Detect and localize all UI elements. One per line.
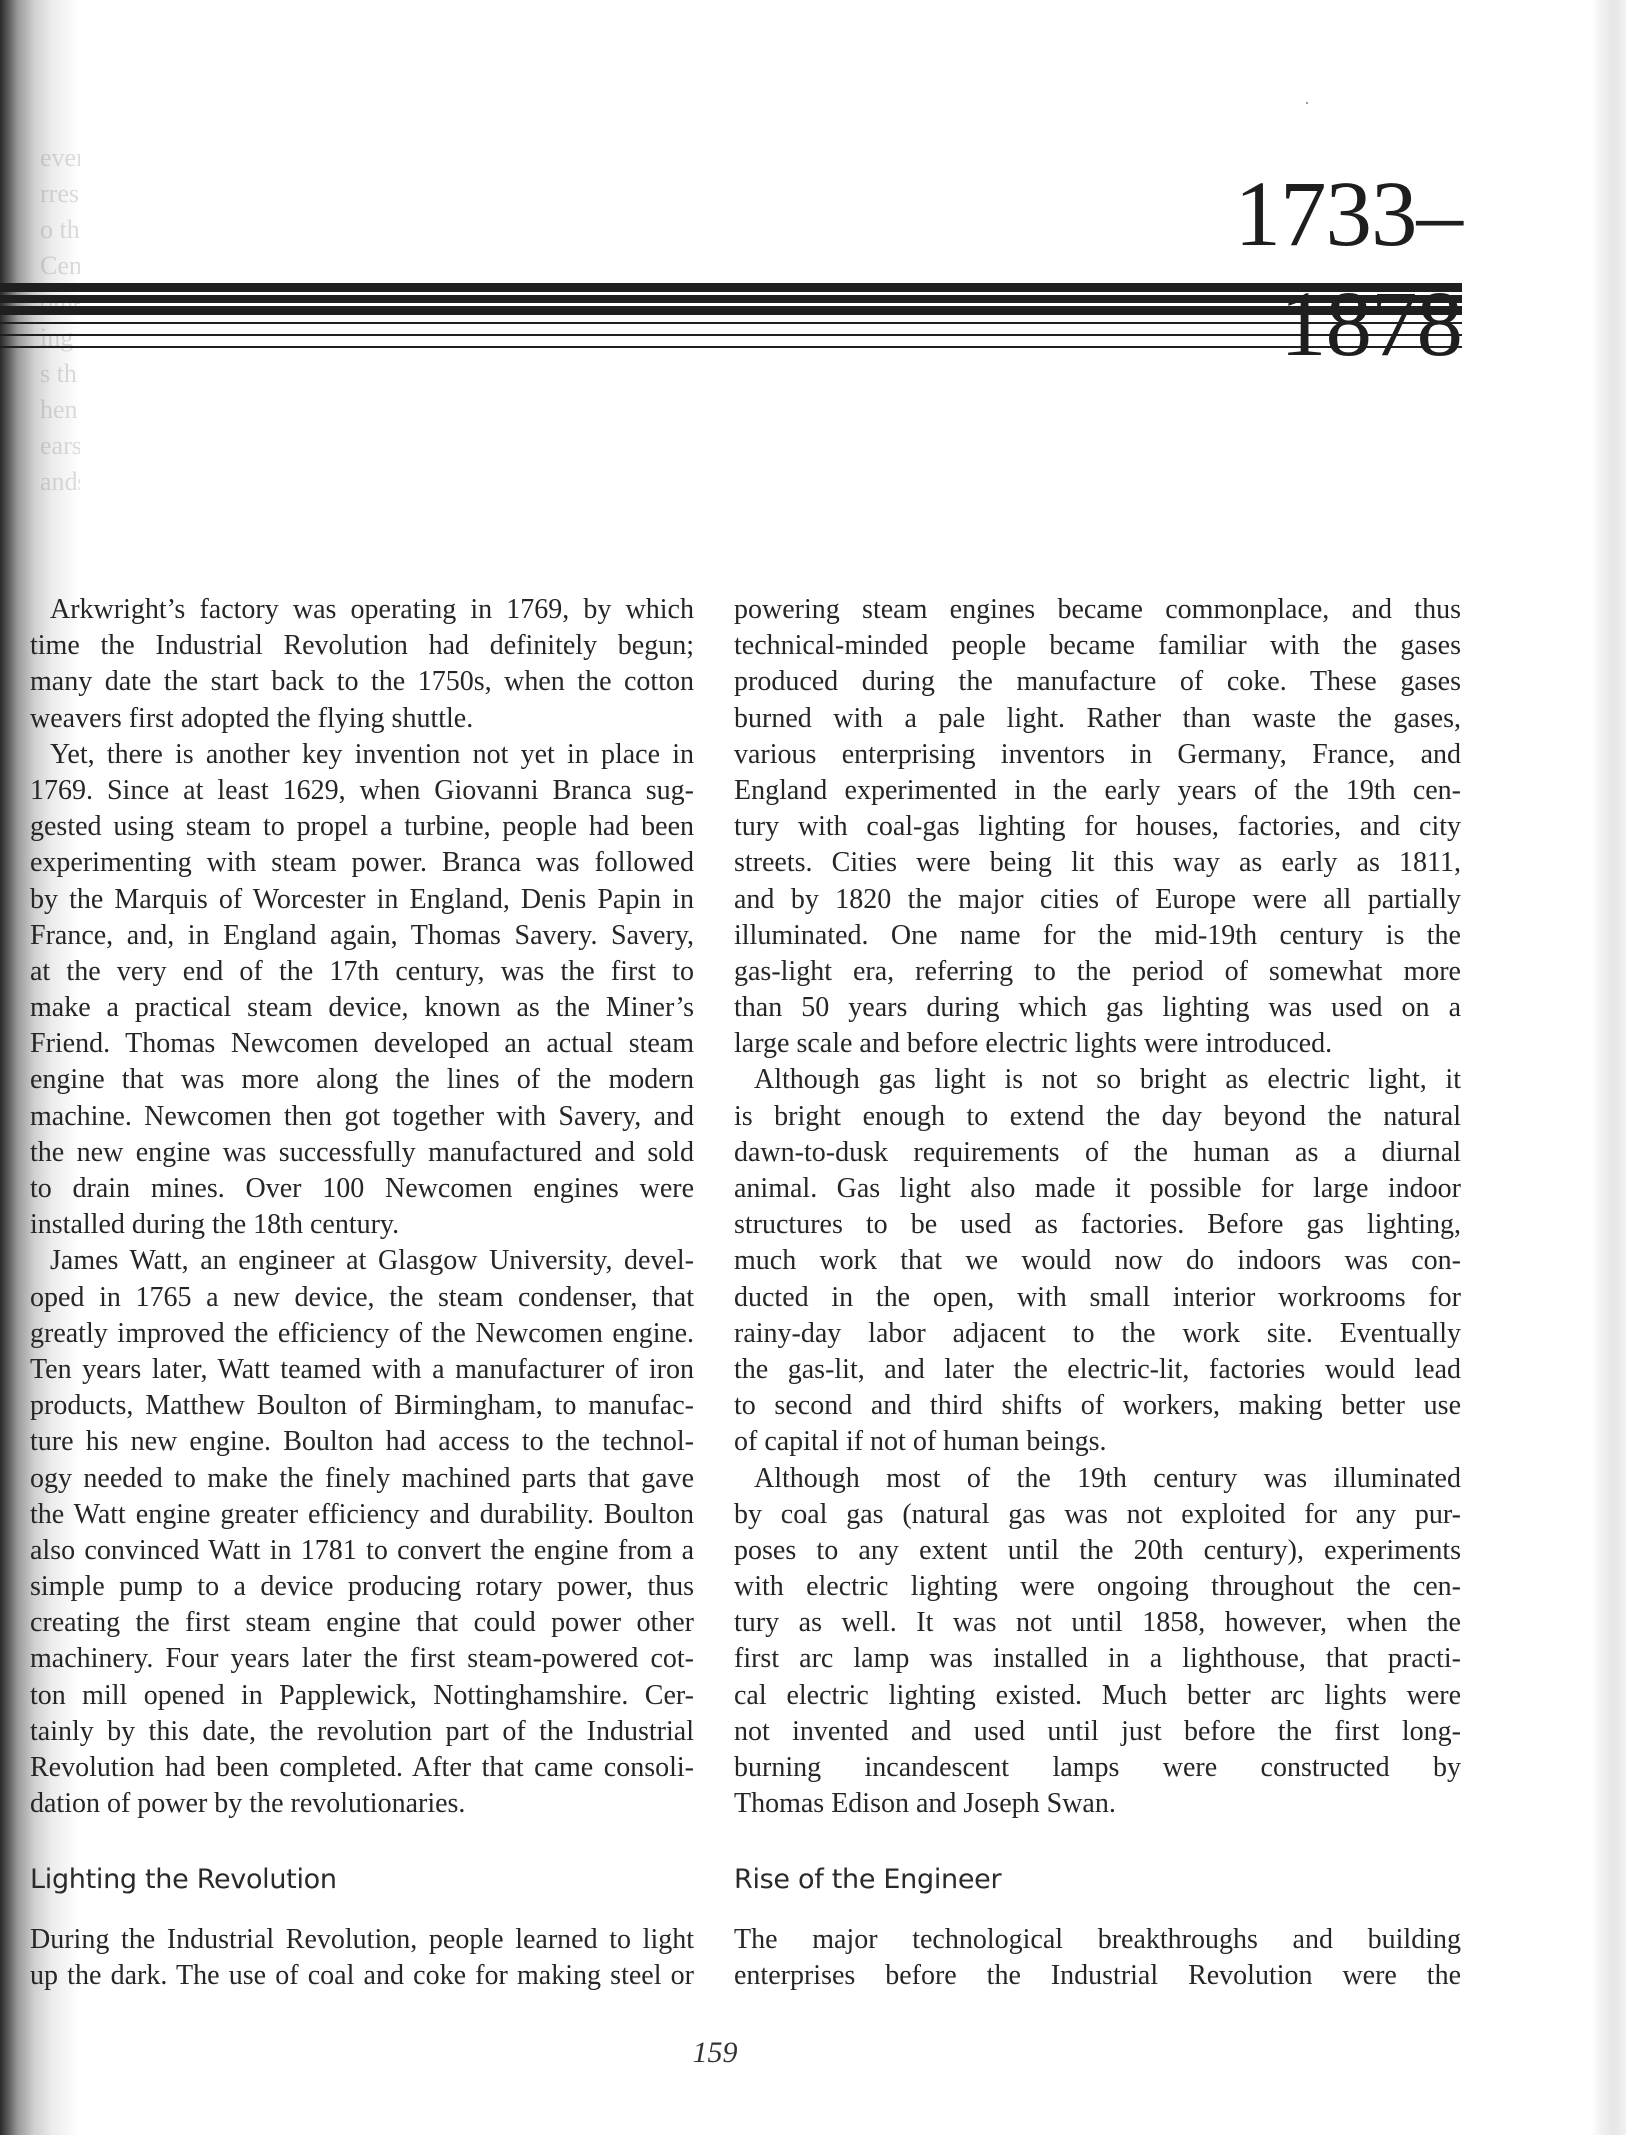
thin-rule [0, 334, 1462, 336]
text-line: ture his new engine. Boulton had access … [30, 1424, 694, 1460]
ghost-line: o th [40, 212, 80, 248]
text-line: 1769. Since at least 1629, when Giovanni… [30, 773, 694, 809]
text-line: Although most of the 19th century was il… [734, 1461, 1461, 1497]
text-line: enterprises before the Industrial Revolu… [734, 1958, 1461, 1994]
page-edge [1592, 0, 1626, 2135]
ghost-line: Cent [40, 248, 80, 284]
text-line: make a practical steam device, known as … [30, 990, 694, 1026]
ghost-line: ever [40, 140, 80, 176]
text-line: England experimented in the early years … [734, 773, 1461, 809]
text-line: creating the first steam engine that cou… [30, 1605, 694, 1641]
text-line: Yet, there is another key invention not … [30, 737, 694, 773]
text-line: burned with a pale light. Rather than wa… [734, 701, 1461, 737]
text-line: tury with coal-gas lighting for houses, … [734, 809, 1461, 845]
text-line: various enterprising inventors in German… [734, 737, 1461, 773]
ghost-line: ands [40, 464, 80, 500]
ghost-line: ing b [40, 320, 80, 356]
text-line: not invented and used until just before … [734, 1714, 1461, 1750]
text-line: powering steam engines became commonplac… [734, 592, 1461, 628]
section-heading-lighting: Lighting the Revolution [30, 1860, 337, 1900]
left-column: Arkwright’s factory was operating in 176… [30, 592, 694, 1822]
text-line: gas-light era, referring to the period o… [734, 954, 1461, 990]
text-line: by the Marquis of Worcester in England, … [30, 882, 694, 918]
text-line: produced during the manufacture of coke.… [734, 664, 1461, 700]
facing-page-bleed: ever rrese o th Cent ome ing b s th hen … [40, 140, 80, 560]
text-line: Thomas Edison and Joseph Swan. [734, 1786, 1461, 1822]
right-column-continued: The major technological breakthroughs an… [734, 1922, 1461, 1994]
text-line: by coal gas (natural gas was not exploit… [734, 1497, 1461, 1533]
thick-rule [0, 306, 1462, 315]
text-line: gested using steam to propel a turbine, … [30, 809, 694, 845]
thin-rule [0, 322, 1462, 324]
text-line: large scale and before electric lights w… [734, 1026, 1461, 1062]
text-line: dation of power by the revolutionaries. [30, 1786, 694, 1822]
text-line: machinery. Four years later the first st… [30, 1641, 694, 1677]
text-line: dawn-to-dusk requirements of the human a… [734, 1135, 1461, 1171]
text-line: also convinced Watt in 1781 to convert t… [30, 1533, 694, 1569]
text-line: up the dark. The use of coal and coke fo… [30, 1958, 694, 1994]
text-line: Although gas light is not so bright as e… [734, 1062, 1461, 1098]
text-line: time the Industrial Revolution had defin… [30, 628, 694, 664]
text-line: many date the start back to the 1750s, w… [30, 664, 694, 700]
text-line: to second and third shifts of workers, m… [734, 1388, 1461, 1424]
text-line: tury as well. It was not until 1858, how… [734, 1605, 1461, 1641]
thick-rule [0, 295, 1462, 303]
text-line: experimenting with steam power. Branca w… [30, 845, 694, 881]
section-heading-engineer: Rise of the Engineer [734, 1860, 1001, 1900]
page-number: 159 [660, 2036, 770, 2070]
text-line: much work that we would now do indoors w… [734, 1243, 1461, 1279]
text-line: rainy-day labor adjacent to the work sit… [734, 1316, 1461, 1352]
text-line: Friend. Thomas Newcomen developed an act… [30, 1026, 694, 1062]
text-line: The major technological breakthroughs an… [734, 1922, 1461, 1958]
text-line: the Watt engine greater efficiency and d… [30, 1497, 694, 1533]
text-line: first arc lamp was installed in a lighth… [734, 1641, 1461, 1677]
right-column: powering steam engines became commonplac… [734, 592, 1461, 1822]
text-line: cal electric lighting existed. Much bett… [734, 1678, 1461, 1714]
text-line: the gas-lit, and later the electric-lit,… [734, 1352, 1461, 1388]
ghost-line: s th [40, 356, 80, 392]
text-line: is bright enough to extend the day beyon… [734, 1099, 1461, 1135]
text-line: illuminated. One name for the mid-19th c… [734, 918, 1461, 954]
ghost-line: rrese [40, 176, 80, 212]
text-line: James Watt, an engineer at Glasgow Unive… [30, 1243, 694, 1279]
text-line: to drain mines. Over 100 Newcomen engine… [30, 1171, 694, 1207]
text-line: ogy needed to make the finely machined p… [30, 1461, 694, 1497]
text-line: at the very end of the 17th century, was… [30, 954, 694, 990]
text-line: with electric lighting were ongoing thro… [734, 1569, 1461, 1605]
ghost-line: hen [40, 392, 80, 428]
text-line: Revolution had been completed. After tha… [30, 1750, 694, 1786]
text-line: weavers first adopted the flying shuttle… [30, 701, 694, 737]
text-line: technical-minded people became familiar … [734, 628, 1461, 664]
text-line: engine that was more along the lines of … [30, 1062, 694, 1098]
text-line: animal. Gas light also made it possible … [734, 1171, 1461, 1207]
ghost-line: ears [40, 428, 80, 464]
text-line: oped in 1765 a new device, the steam con… [30, 1280, 694, 1316]
text-line: streets. Cities were being lit this way … [734, 845, 1461, 881]
text-line: ducted in the open, with small interior … [734, 1280, 1461, 1316]
text-line: burning incandescent lamps were construc… [734, 1750, 1461, 1786]
left-column-continued: During the Industrial Revolution, people… [30, 1922, 694, 1994]
text-line: Ten years later, Watt teamed with a manu… [30, 1352, 694, 1388]
print-speck [1306, 102, 1308, 104]
text-line: and by 1820 the major cities of Europe w… [734, 882, 1461, 918]
text-line: greatly improved the efficiency of the N… [30, 1316, 694, 1352]
thin-rule [0, 346, 1462, 348]
text-line: than 50 years during which gas lighting … [734, 990, 1461, 1026]
text-line: of capital if not of human beings. [734, 1424, 1461, 1460]
thick-rule [0, 283, 1462, 292]
text-line: poses to any extent until the 20th centu… [734, 1533, 1461, 1569]
text-line: ton mill opened in Papplewick, Nottingha… [30, 1678, 694, 1714]
text-line: machine. Newcomen then got together with… [30, 1099, 694, 1135]
text-line: products, Matthew Boulton of Birmingham,… [30, 1388, 694, 1424]
text-line: France, and, in England again, Thomas Sa… [30, 918, 694, 954]
text-line: Arkwright’s factory was operating in 176… [30, 592, 694, 628]
text-line: tainly by this date, the revolution part… [30, 1714, 694, 1750]
text-line: installed during the 18th century. [30, 1207, 694, 1243]
text-line: During the Industrial Revolution, people… [30, 1922, 694, 1958]
text-line: the new engine was successfully manufact… [30, 1135, 694, 1171]
text-line: structures to be used as factories. Befo… [734, 1207, 1461, 1243]
text-line: simple pump to a device producing rotary… [30, 1569, 694, 1605]
